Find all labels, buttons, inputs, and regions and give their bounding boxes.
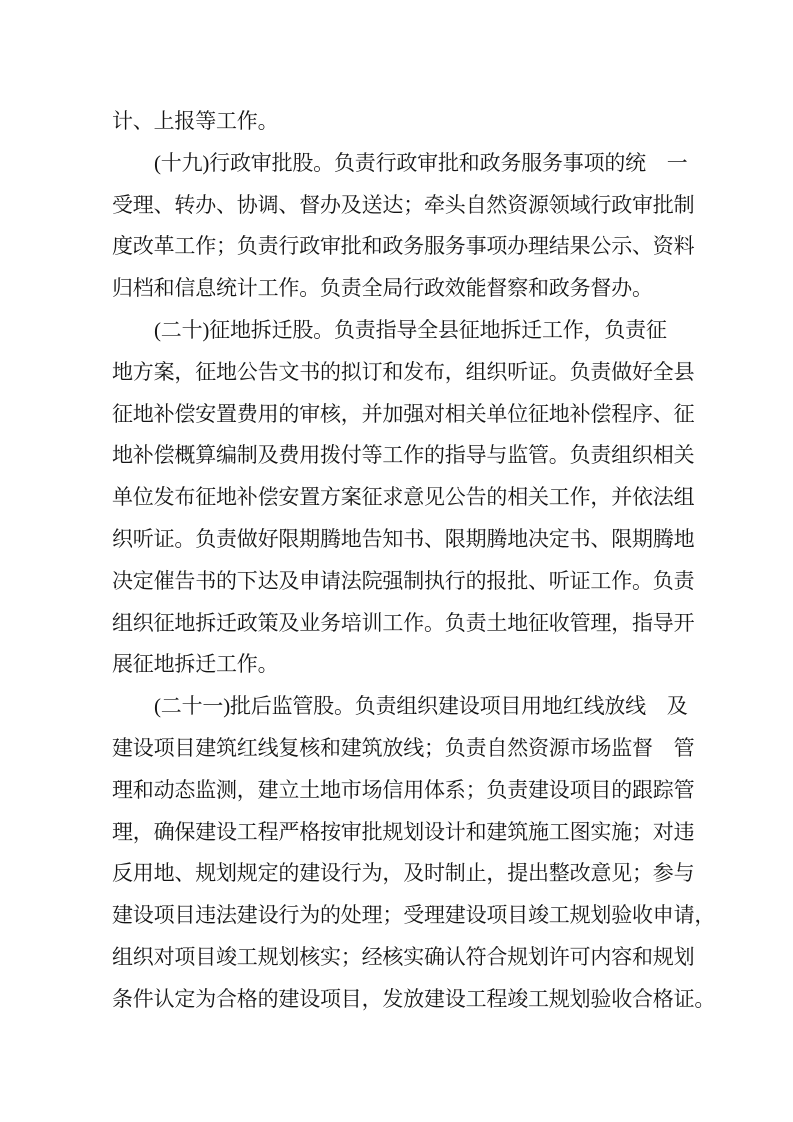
line-03: 受理、转办、协调、督办及送达；牵头自然资源领域行政审批制 bbox=[112, 185, 718, 227]
line-15-paragraph-21-start: (二十一)批后监管股。负责组织建设项目用地红线放线 及 bbox=[112, 686, 718, 728]
document-text-block: 计、上报等工作。 (十九)行政审批股。负责行政审批和政务服务事项的统 一 受理、… bbox=[112, 101, 718, 1021]
line-05: 归档和信息统计工作。负责全局行政效能督察和政务督办。 bbox=[112, 268, 718, 310]
line-06-paragraph-20-start: (二十)征地拆迁股。负责指导全县征地拆迁工作，负责征 bbox=[112, 310, 718, 352]
line-09: 地补偿概算编制及费用拨付等工作的指导与监管。负责组织相关 bbox=[112, 435, 718, 477]
line-16: 建设项目建筑红线复核和建筑放线；负责自然资源市场监督 管 bbox=[112, 728, 718, 770]
line-20: 建设项目违法建设行为的处理；受理建设项目竣工规划验收申请， bbox=[112, 895, 718, 937]
line-19: 反用地、规划规定的建设行为，及时制止，提出整改意见；参与 bbox=[112, 853, 718, 895]
line-12: 决定催告书的下达及申请法院强制执行的报批、听证工作。负责 bbox=[112, 561, 718, 603]
line-10: 单位发布征地补偿安置方案征求意见公告的相关工作，并依法组 bbox=[112, 477, 718, 519]
line-14: 展征地拆迁工作。 bbox=[112, 644, 718, 686]
line-21: 组织对项目竣工规划核实；经核实确认符合规划许可内容和规划 bbox=[112, 937, 718, 979]
line-11: 织听证。负责做好限期腾地告知书、限期腾地决定书、限期腾地 bbox=[112, 519, 718, 561]
line-02-paragraph-19-start: (十九)行政审批股。负责行政审批和政务服务事项的统 一 bbox=[112, 143, 718, 185]
document-page: 计、上报等工作。 (十九)行政审批股。负责行政审批和政务服务事项的统 一 受理、… bbox=[0, 0, 793, 1122]
line-13: 组织征地拆迁政策及业务培训工作。负责土地征收管理，指导开 bbox=[112, 603, 718, 645]
line-17: 理和动态监测，建立土地市场信用体系；负责建设项目的跟踪管 bbox=[112, 770, 718, 812]
line-01: 计、上报等工作。 bbox=[112, 101, 718, 143]
line-18: 理，确保建设工程严格按审批规划设计和建筑施工图实施；对违 bbox=[112, 812, 718, 854]
line-04: 度改革工作；负责行政审批和政务服务事项办理结果公示、资料 bbox=[112, 226, 718, 268]
line-07: 地方案，征地公告文书的拟订和发布，组织听证。负责做好全县 bbox=[112, 352, 718, 394]
line-22: 条件认定为合格的建设项目，发放建设工程竣工规划验收合格证。 bbox=[112, 979, 718, 1021]
line-08: 征地补偿安置费用的审核，并加强对相关单位征地补偿程序、征 bbox=[112, 394, 718, 436]
